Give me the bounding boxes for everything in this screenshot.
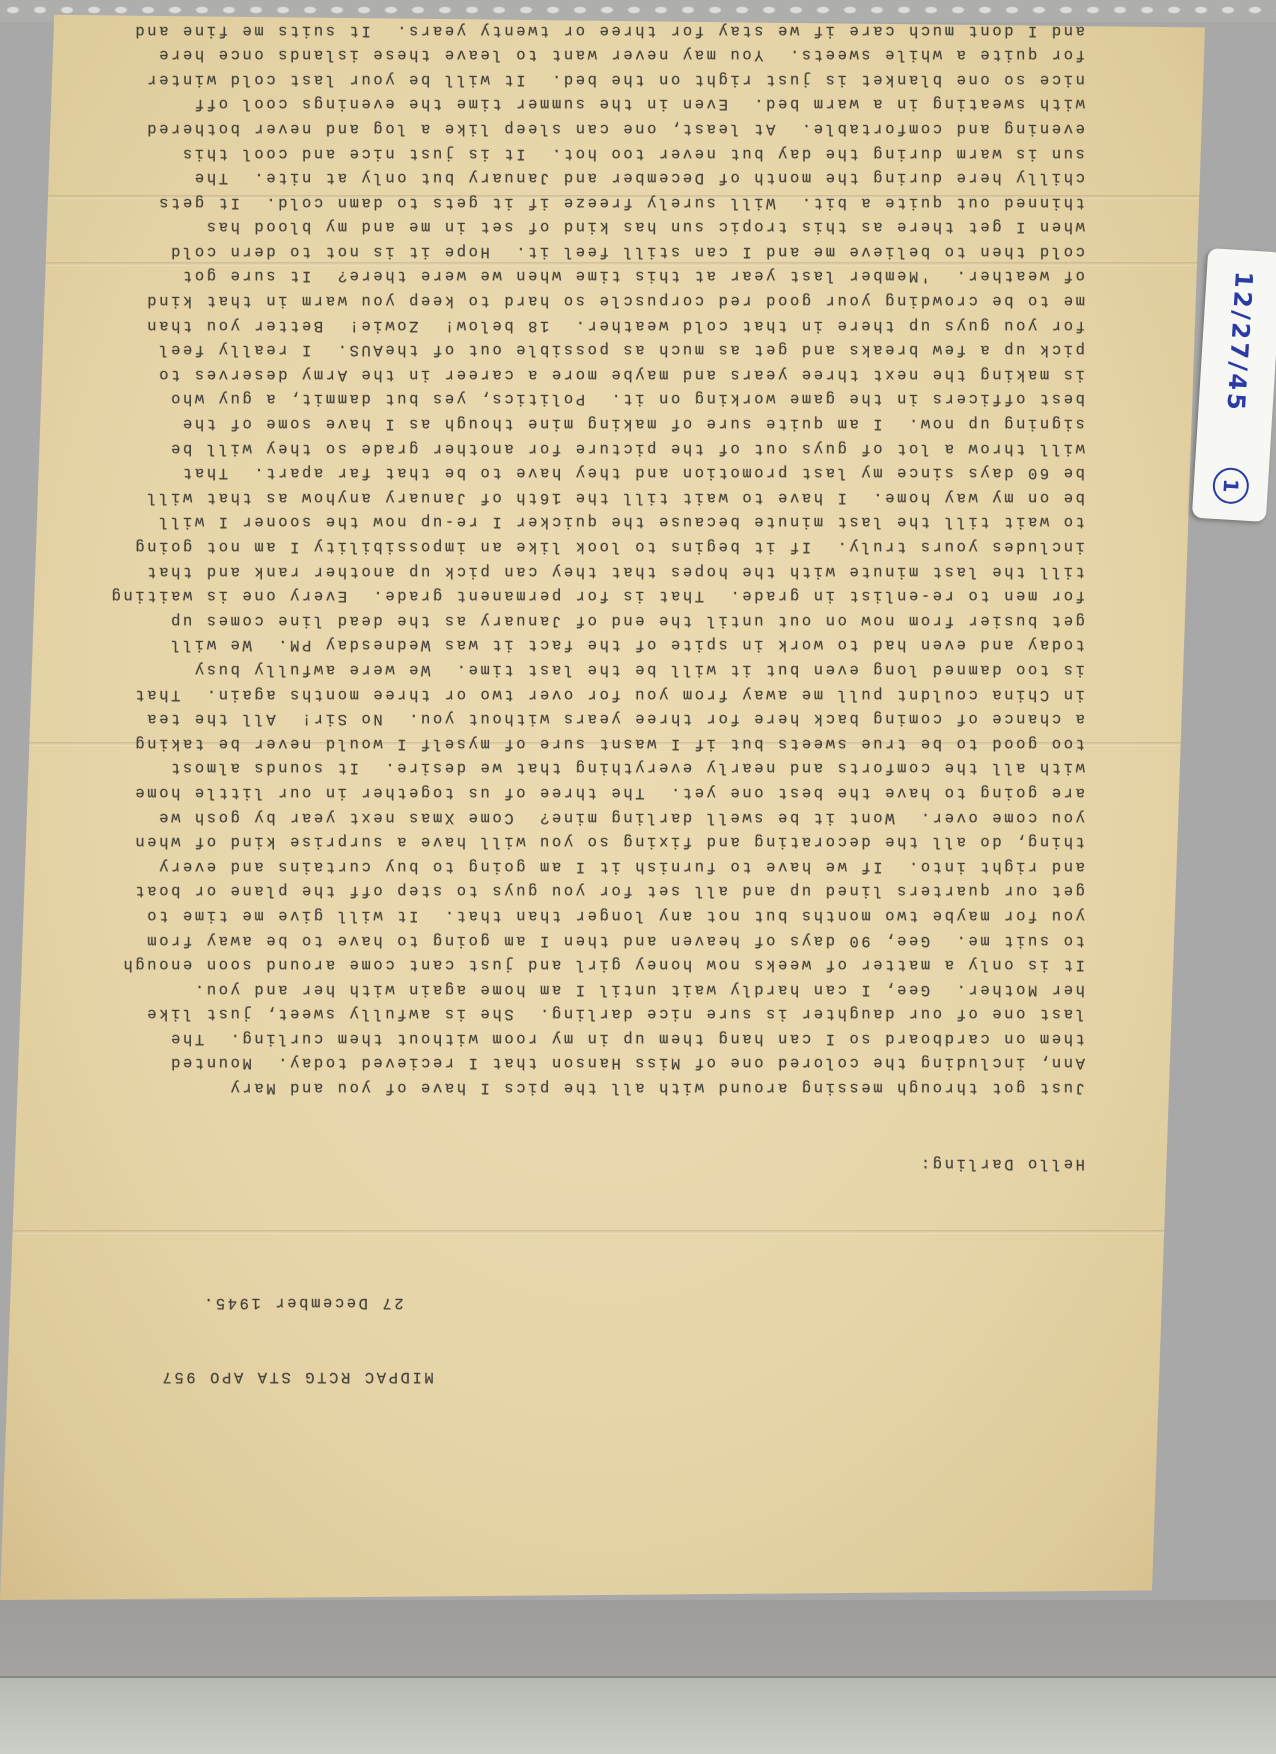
letter-body-line: with sweating in a warm bed. Even in the…: [105, 92, 1085, 117]
letter-body-line: you come over. Wont it be swell darling …: [105, 805, 1085, 830]
letter-body-line: to suit me. Gee, 90 days of heaven and t…: [105, 928, 1085, 953]
letter-body-line: pick up a few breaks and get as much as …: [105, 338, 1085, 363]
letterhead-date: 27 December 1945.: [160, 1290, 434, 1315]
letter-body-line: me to be crowding your good red corpuscl…: [105, 289, 1085, 314]
page-number-circle: 1: [1212, 467, 1250, 505]
date-sticker: 12/27/45 1: [1192, 248, 1276, 522]
sticker-handwritten-date: 12/27/45: [1221, 270, 1258, 413]
letterhead-station: MIDPAC RCTG STA APO 957: [160, 1364, 434, 1389]
scanned-letter-background: MIDPAC RCTG STA APO 957 27 December 1945…: [0, 0, 1276, 1754]
letterhead: MIDPAC RCTG STA APO 957 27 December 1945…: [160, 1241, 434, 1438]
letter-content-flipped: MIDPAC RCTG STA APO 957 27 December 1945…: [105, 35, 1085, 1575]
letter-body-line: for men to re-enlist in grade. That is f…: [105, 584, 1085, 609]
letter-body-line: get our quarters lined up and all set fo…: [105, 879, 1085, 904]
letter-body-line: with all the comforts and nearly everyth…: [105, 756, 1085, 781]
letter-body-line: you for maybe two months but not any lon…: [105, 903, 1085, 928]
letter-body-line: best officers in the game working on it.…: [105, 387, 1085, 412]
letter-body-line: get busier from now on out until the end…: [105, 608, 1085, 633]
letter-body-line: too good to be true sweets but if I wasn…: [105, 731, 1085, 756]
letter-body-line: a chance of coming back here for three y…: [105, 707, 1085, 732]
letter-body-line: be on my way home. I have to wait till t…: [105, 485, 1085, 510]
letter-body-line: are going to have the best one yet. The …: [105, 780, 1085, 805]
letter-body-line: Ann, including the colored one of Miss H…: [105, 1051, 1085, 1076]
letter-body-line: and right into. If we have to furnish it…: [105, 854, 1085, 879]
scanner-bed-band: [0, 1600, 1276, 1678]
letter-body-line: for you guys up there in that cold weath…: [105, 313, 1085, 338]
letter-body-line: them on cardboard so I can hang them up …: [105, 1026, 1085, 1051]
letter-body-line: be 60 days since my last promotion and t…: [105, 461, 1085, 486]
letter-body-line: in China couldnt pull me away from you f…: [105, 682, 1085, 707]
letter-body-line: thing, do all the decorating and fixing …: [105, 830, 1085, 855]
letter-body-line: of weather. 'Member last year at this ti…: [105, 264, 1085, 289]
letter-body-line: her Mother. Gee, I can hardly wait until…: [105, 977, 1085, 1002]
letter-body-line: cold then to believe me and I can still …: [105, 239, 1085, 264]
letter-body-line: till the last minute with the hopes that…: [105, 559, 1085, 584]
letter-body-line: evening and comfortable. At least, one c…: [105, 116, 1085, 141]
scanner-bed-light-area: [0, 1676, 1276, 1754]
letter-body-line: sun is warm during the day but never too…: [105, 141, 1085, 166]
letter-body-line: for quite a while sweets. You may never …: [105, 43, 1085, 68]
letter-body-line: is making the next three years and maybe…: [105, 362, 1085, 387]
letter-body-line: Just got through messing around with all…: [105, 1076, 1085, 1101]
letter-body-line: will throw a lot of guys out of the pict…: [105, 436, 1085, 461]
letter-body-line: It is only a matter of weeks now honey g…: [105, 953, 1085, 978]
letter-body: Just got through messing around with all…: [105, 0, 1085, 1100]
letter-body-line: today and even had to work in spite of t…: [105, 633, 1085, 658]
letter-paper: MIDPAC RCTG STA APO 957 27 December 1945…: [0, 10, 1205, 1600]
letter-body-line: to wait till the last minute because the…: [105, 510, 1085, 535]
letter-body-line: includes yours truly. If it begins to lo…: [105, 534, 1085, 559]
letter-body-line: last one of our daughter is sure nice da…: [105, 1002, 1085, 1027]
letter-body-line: when I get there as this tropic sun has …: [105, 215, 1085, 240]
letter-body-line: thinned out quite a bit. Will surely fre…: [105, 190, 1085, 215]
page-number: 1: [1218, 478, 1243, 493]
letter-body-line: chilly here during the month of December…: [105, 166, 1085, 191]
letter-body-line: nice so one blanket is just right on the…: [105, 67, 1085, 92]
salutation: Hello Darling:: [105, 1151, 1085, 1176]
letter-body-line: is too damned long even but it will be t…: [105, 657, 1085, 682]
letter-body-line: signing up now. I am quite sure of makin…: [105, 411, 1085, 436]
